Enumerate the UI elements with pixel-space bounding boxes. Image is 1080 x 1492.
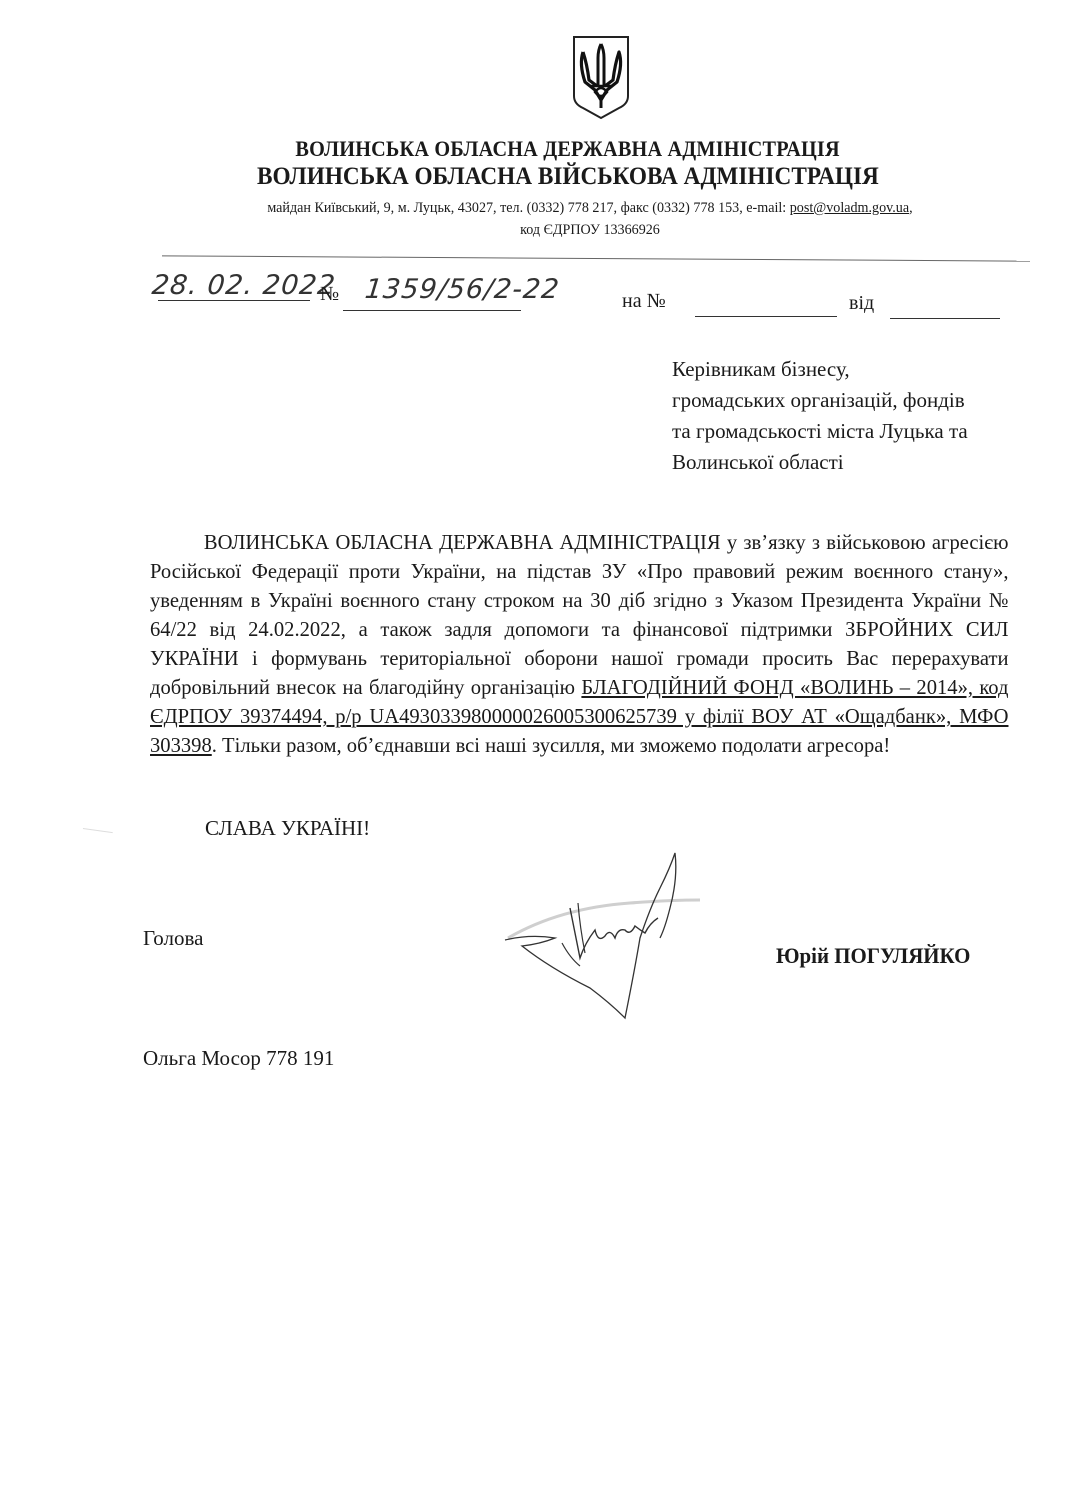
executor-contact: Ольга Мосор 778 191 [143, 1046, 334, 1071]
reply-to-label: на № [622, 290, 666, 313]
email-link[interactable]: post@voladm.gov.ua [790, 200, 909, 216]
closing-slogan: СЛАВА УКРАЇНІ! [205, 816, 370, 841]
scan-artifact [81, 828, 113, 845]
letterhead-divider [162, 255, 1030, 261]
signer-name: Юрій ПОГУЛЯЙКО [776, 943, 970, 969]
address-text: майдан Київський, 9, м. Луцьк, 43027, те… [267, 200, 789, 216]
org-name-state-administration: ВОЛИНСЬКА ОБЛАСНА ДЕРЖАВНА АДМІНІСТРАЦІЯ [43, 136, 1037, 162]
letter-body: ВОЛИНСЬКА ОБЛАСНА ДЕРЖАВНА АДМІНІСТРАЦІЯ… [150, 528, 1008, 760]
recipient-line: громадських організацій, фондів [672, 385, 968, 416]
number-label: № [320, 283, 339, 306]
signer-role: Голова [143, 926, 203, 951]
recipient-line: та громадськості міста Луцька та [672, 416, 968, 447]
from-label: від [849, 292, 874, 315]
number-underline [343, 310, 521, 311]
handwritten-signature-icon [500, 848, 700, 1023]
registration-number: 1359/56/2-22 [363, 274, 561, 305]
edrpou-code: код ЄДРПОУ 13366926 [520, 222, 660, 238]
body-paragraph: ВОЛИНСЬКА ОБЛАСНА ДЕРЖАВНА АДМІНІСТРАЦІЯ… [150, 528, 1008, 760]
trident-coat-of-arms-icon [571, 34, 631, 120]
from-field [890, 318, 1000, 319]
body-text-part1: ВОЛИНСЬКА ОБЛАСНА ДЕРЖАВНА АДМІНІСТРАЦІЯ… [150, 530, 1008, 699]
registration-line: 28. 02. 2022 № 1359/56/2-22 на № від [150, 270, 1020, 320]
registration-date: 28. 02. 2022 [150, 270, 337, 301]
letterhead-address: майдан Київський, 9, м. Луцьк, 43027, те… [167, 197, 1013, 241]
recipient-line: Керівникам бізнесу, [672, 354, 968, 385]
recipients-block: Керівникам бізнесу, громадських організа… [672, 354, 968, 478]
org-name-military-administration: ВОЛИНСЬКА ОБЛАСНА ВІЙСЬКОВА АДМІНІСТРАЦІ… [38, 163, 1042, 191]
address-suffix: , [909, 200, 913, 216]
body-text-part2: . Тільки разом, об’єднавши всі наші зуси… [212, 733, 891, 757]
reply-to-field [695, 316, 837, 317]
recipient-line: Волинської області [672, 447, 968, 478]
